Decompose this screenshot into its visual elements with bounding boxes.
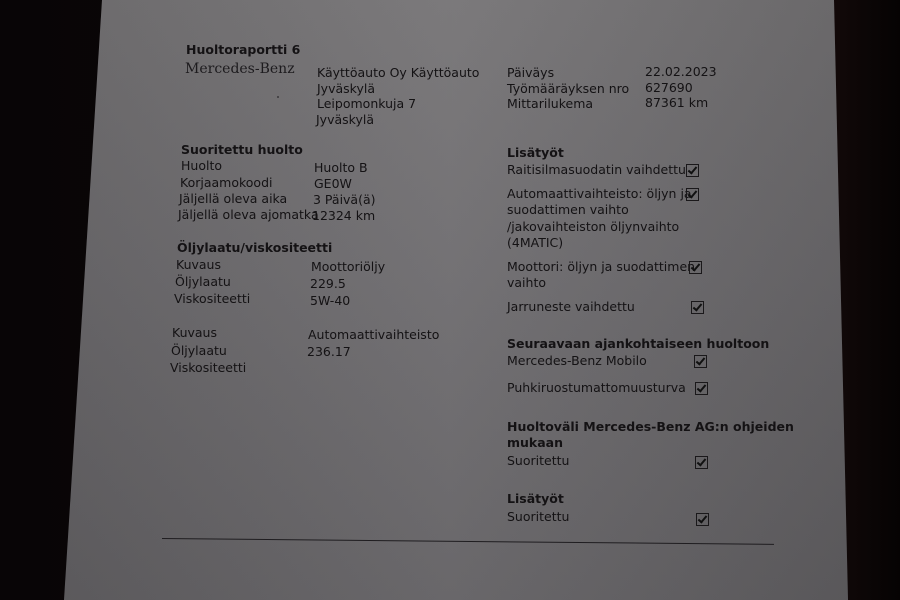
- dealer-city-2: Jyväskylä: [316, 112, 374, 128]
- checkbox-transmission-oil[interactable]: [686, 188, 699, 201]
- work-order-label: Työmääräyksen nro: [507, 81, 629, 97]
- odometer-value: 87361 km: [645, 95, 708, 111]
- interval-item-completed: Suoritettu: [507, 453, 569, 469]
- remaining-time-label: Jäljellä oleva aika: [179, 191, 287, 207]
- remaining-distance-value: 12324 km: [312, 208, 375, 224]
- date-label: Päiväys: [507, 65, 554, 81]
- engine-oil-desc-value: Moottoriöljy: [311, 259, 385, 275]
- extra-work-item-engine-oil-line1: Moottori: öljyn ja suodattimen: [507, 259, 695, 275]
- engine-oil-quality-label: Öljylaatu: [175, 274, 231, 290]
- remaining-time-value: 3 Päivä(ä): [313, 192, 376, 208]
- interval-heading-line2: mukaan: [507, 435, 563, 451]
- checkbox-extra-work-2-completed[interactable]: [696, 513, 709, 526]
- dealer-city: Jyväskylä: [317, 81, 375, 97]
- extra-work-heading: Lisätyöt: [507, 145, 564, 161]
- checkbox-mobilo[interactable]: [694, 355, 707, 368]
- transmission-oil-quality-value: 236.17: [307, 344, 351, 360]
- checkbox-cabin-filter[interactable]: [686, 164, 699, 177]
- extra-work-item-engine-oil-line2: vaihto: [507, 275, 546, 291]
- service-type-value: Huolto B: [314, 160, 368, 176]
- service-type-label: Huolto: [181, 158, 222, 174]
- brand-logo-text: Mercedes-Benz: [185, 61, 295, 77]
- transmission-oil-desc-value: Automaattivaihteisto: [308, 327, 439, 343]
- engine-oil-desc-label: Kuvaus: [176, 257, 221, 273]
- photo-background: Huoltoraportti 6 Mercedes-Benz Käyttöaut…: [0, 0, 900, 600]
- extra-work-2-item-completed: Suoritettu: [507, 509, 569, 525]
- next-service-item-mobilo: Mercedes-Benz Mobilo: [507, 353, 647, 369]
- checkbox-interval-completed[interactable]: [695, 456, 708, 469]
- remaining-distance-label: Jäljellä oleva ajomatka: [178, 207, 319, 223]
- extra-work-2-heading: Lisätyöt: [507, 491, 564, 507]
- extra-work-item-transmission-line4: (4MATIC): [507, 235, 563, 251]
- extra-work-item-transmission-line1: Automaattivaihteisto: öljyn ja: [507, 186, 692, 202]
- transmission-oil-desc-label: Kuvaus: [172, 325, 217, 341]
- workshop-code-label: Korjaamokoodi: [180, 175, 272, 191]
- service-report-paper: [0, 0, 900, 600]
- checkbox-brake-fluid[interactable]: [691, 301, 704, 314]
- next-service-heading: Seuraavaan ajankohtaiseen huoltoon: [507, 336, 769, 352]
- report-title: Huoltoraportti 6: [186, 42, 300, 58]
- oil-heading: Öljylaatu/viskositeetti: [177, 240, 332, 256]
- checkbox-rust-warranty[interactable]: [695, 382, 708, 395]
- dealer-street: Leipomonkuja 7: [317, 96, 416, 112]
- transmission-oil-quality-label: Öljylaatu: [171, 343, 227, 359]
- checkbox-engine-oil[interactable]: [689, 261, 702, 274]
- engine-oil-quality-value: 229.5: [310, 276, 346, 292]
- engine-oil-viscosity-value: 5W-40: [310, 293, 350, 309]
- work-order-value: 627690: [645, 80, 693, 96]
- interval-heading-line1: Huoltoväli Mercedes-Benz AG:n ohjeiden: [507, 419, 794, 435]
- workshop-code-value: GE0W: [314, 176, 352, 192]
- date-value: 22.02.2023: [645, 64, 717, 80]
- engine-oil-viscosity-label: Viskositeetti: [174, 291, 250, 307]
- extra-work-item-brake-fluid: Jarruneste vaihdettu: [507, 299, 635, 315]
- extra-work-item-cabin-filter: Raitisilmasuodatin vaihdettu: [507, 162, 686, 178]
- extra-work-item-transmission-line2: suodattimen vaihto: [507, 202, 629, 218]
- next-service-item-rust-warranty: Puhkiruostumattomuusturva: [507, 380, 686, 396]
- service-heading: Suoritettu huolto: [181, 142, 303, 158]
- dealer-name: Käyttöauto Oy Käyttöauto: [317, 65, 479, 81]
- extra-work-item-transmission-line3: /jakovaihteiston öljynvaihto: [507, 219, 679, 235]
- transmission-oil-viscosity-label: Viskositeetti: [170, 360, 246, 376]
- odometer-label: Mittarilukema: [507, 96, 593, 112]
